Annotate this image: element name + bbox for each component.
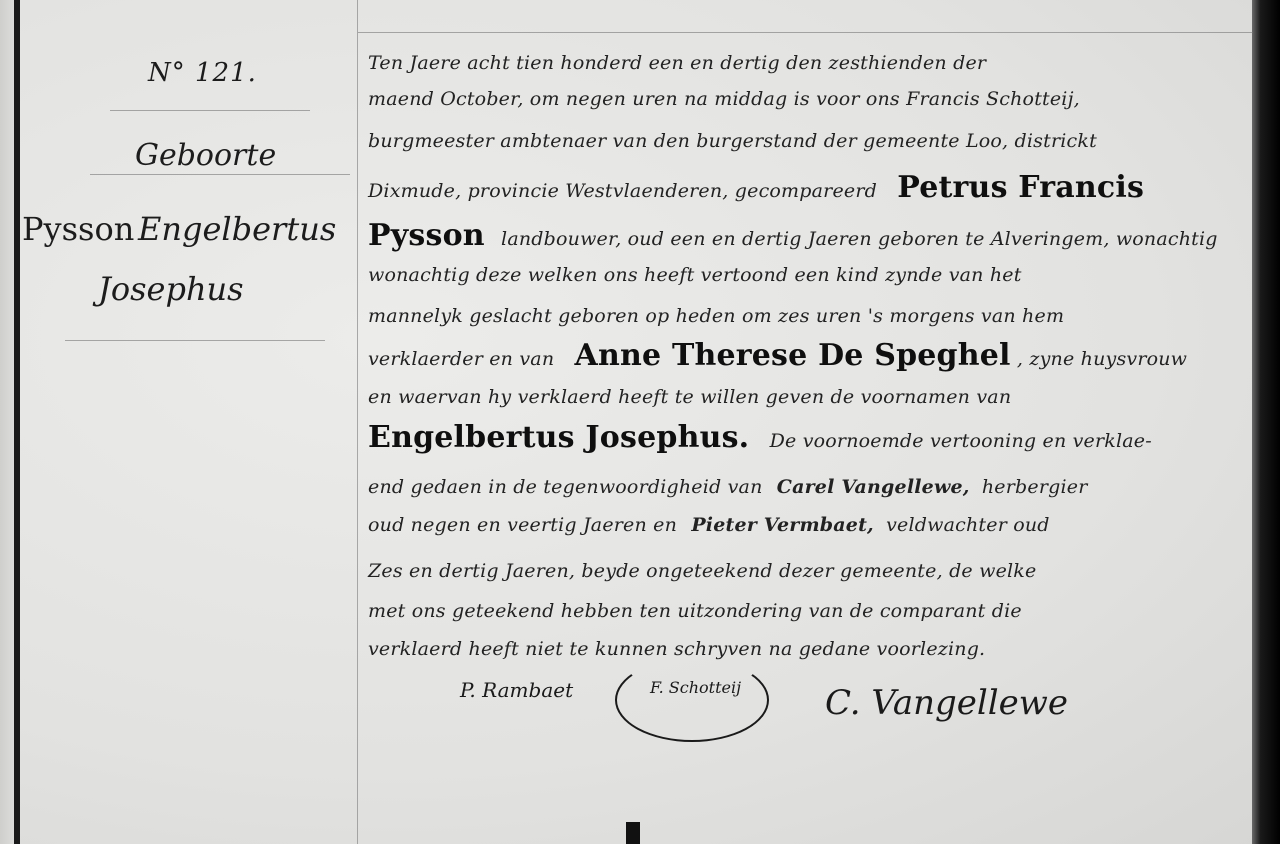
body-line: maend October, om negen uren na middag i… (368, 88, 1080, 110)
body-line: met ons geteekend hebben ten uitzonderin… (368, 600, 1022, 622)
witness2-occupation: veldwachter oud (886, 514, 1050, 536)
body-line: Dixmude, provincie Westvlaenderen, gecom… (368, 170, 1144, 205)
signatures: P. Rambaet F. Schotteij C. Vangellewe (420, 668, 1100, 768)
scanned-register-page: N° 121. Geboorte Pysson Engelbertus Jose… (0, 0, 1280, 844)
mother-name: Anne Therese De Speghel (575, 338, 1011, 373)
binding-gutter (14, 0, 20, 844)
witness1-occupation: herbergier (982, 476, 1088, 498)
entry-number: N° 121. (148, 58, 257, 88)
margin-surname: Pysson (22, 210, 134, 248)
body-line-text: Dixmude, provincie Westvlaenderen, gecom… (368, 180, 877, 202)
mother-suffix: , zyne huysvrouw (1017, 348, 1187, 370)
ink-blot (626, 822, 640, 844)
body-line: Ten Jaere acht tien honderd een en derti… (368, 52, 986, 74)
record-type: Geboorte (135, 138, 276, 173)
body-line: Engelbertus Josephus. De voornoemde vert… (368, 420, 1152, 455)
child-names: Engelbertus Josephus. (368, 420, 749, 455)
body-line-text: end gedaen in de tegenwoordigheid van (368, 476, 763, 498)
body-line: end gedaen in de tegenwoordigheid van Ca… (368, 476, 1087, 498)
margin-rule (90, 174, 350, 175)
margin-rule (110, 110, 310, 111)
page-edge-shadow (1252, 0, 1280, 844)
body-line: Pysson landbouwer, oud een en dertig Jae… (368, 218, 1218, 253)
signature-flourish (615, 658, 769, 742)
father-surname: Pysson (368, 218, 485, 253)
adjacent-page-edge (0, 0, 14, 844)
signature-witness-vangellewe: C. Vangellewe (825, 683, 1068, 723)
witness1-name: Carel Vangellewe, (777, 476, 970, 498)
margin-rule (65, 340, 325, 341)
body-line-text: De voornoemde vertooning en verklae- (770, 430, 1152, 452)
witness2-name: Pieter Vermbaet, (691, 514, 874, 536)
margin-given-name-2: Josephus (98, 270, 244, 308)
body-line: wonachtig deze welken ons heeft vertoond… (368, 264, 1022, 286)
body-line: Zes en dertig Jaeren, beyde ongeteekend … (368, 560, 1036, 582)
body-line: burgmeester ambtenaer van den burgerstan… (368, 130, 1097, 152)
father-first-name: Petrus Francis (897, 170, 1144, 205)
body-line-text: landbouwer, oud een en dertig Jaeren geb… (501, 228, 1218, 250)
body-line: oud negen en veertig Jaeren en Pieter Ve… (368, 514, 1050, 536)
body-line: en waervan hy verklaerd heeft te willen … (368, 386, 1011, 408)
body-line-text: verklaerder en van (368, 348, 554, 370)
body-line: verklaerder en van Anne Therese De Spegh… (368, 338, 1187, 373)
body-top-rule (358, 32, 1253, 33)
signature-witness-rambaet: P. Rambaet (460, 678, 573, 702)
body-line-text: oud negen en veertig Jaeren en (368, 514, 677, 536)
body-line: mannelyk geslacht geboren op heden om ze… (368, 305, 1064, 327)
margin-given-name-1: Engelbertus (138, 210, 336, 248)
signature-registrar: F. Schotteij (650, 678, 741, 697)
body-line: verklaerd heeft niet te kunnen schryven … (368, 638, 985, 660)
margin-column-rule (357, 0, 358, 844)
